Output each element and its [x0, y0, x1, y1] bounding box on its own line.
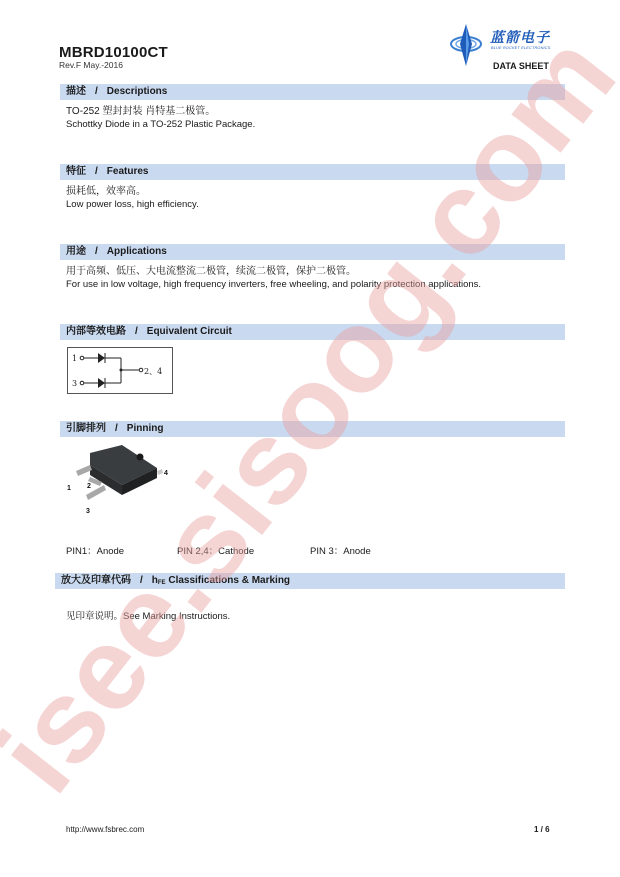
- section-separator: /: [95, 246, 98, 257]
- section-separator: /: [140, 575, 143, 586]
- section-title-cn: 内部等效电路: [66, 326, 126, 337]
- section-title-cn: 描述: [66, 86, 86, 97]
- pin3-description: PIN 3：Anode: [310, 543, 371, 557]
- pin24-description: PIN 2,4：Cathode: [177, 543, 254, 557]
- section-title-en: Features: [107, 166, 149, 177]
- circuit-common-label: 2、4: [144, 367, 162, 376]
- page-number: 1 / 6: [534, 825, 550, 834]
- section-title-cn: 放大及印章代码: [61, 575, 131, 586]
- section-title-hfe-subscript: FE: [158, 580, 166, 586]
- section-header-descriptions: 描述/Descriptions: [60, 84, 565, 100]
- circuit-pin1-label: 1: [72, 354, 77, 363]
- logo-chinese-name: 蓝箭电子: [490, 27, 550, 47]
- watermark-text: isee.sisoog.com: [0, 11, 620, 816]
- pin-label-4: 4: [164, 470, 168, 477]
- watermark-overlay: isee.sisoog.com: [0, 0, 620, 877]
- section-header-marking: 放大及印章代码/hFE Classifications & Marking: [55, 573, 565, 589]
- dual-diode-circuit-icon: 1 3 2、4: [68, 348, 172, 393]
- revision-text: Rev.F May.-2016: [59, 60, 123, 70]
- applications-text-en: For use in low voltage, high frequency i…: [66, 279, 481, 290]
- to252-package-icon: 1 2 3 4: [62, 443, 182, 518]
- section-header-pinning: 引脚排列/Pinning: [60, 421, 565, 437]
- pin1-description: PIN1：Anode: [66, 543, 124, 557]
- section-header-features: 特征/Features: [60, 164, 565, 180]
- section-header-equivalent-circuit: 内部等效电路/Equivalent Circuit: [60, 324, 565, 340]
- descriptions-text-en: Schottky Diode in a TO-252 Plastic Packa…: [66, 119, 255, 130]
- section-title-en: Classifications & Marking: [168, 575, 290, 586]
- equivalent-circuit-diagram: 1 3 2、4: [67, 347, 173, 394]
- features-text-en: Low power loss, high efficiency.: [66, 199, 199, 210]
- descriptions-text-cn: TO-252 塑封封装 肖特基二极管。: [66, 102, 215, 117]
- footer-website-link[interactable]: http://www.fsbrec.com: [66, 825, 144, 834]
- section-title-en: Descriptions: [107, 86, 168, 97]
- section-title-cn: 用途: [66, 246, 86, 257]
- section-title-cn: 特征: [66, 166, 86, 177]
- section-separator: /: [135, 326, 138, 337]
- pin-label-2: 2: [87, 483, 91, 490]
- section-title-en: Applications: [107, 246, 167, 257]
- section-separator: /: [115, 423, 118, 434]
- section-title-cn: 引脚排列: [66, 423, 106, 434]
- pin-label-1: 1: [67, 485, 71, 492]
- circuit-pin3-label: 3: [72, 379, 77, 388]
- logo-english-name: BLUE ROCKET ELECTRONICS: [491, 46, 550, 50]
- applications-text-cn: 用于高频、低压、大电流整流二极管，续流二极管，保护二极管。: [66, 262, 356, 277]
- part-number-title: MBRD10100CT: [59, 44, 168, 61]
- features-text-cn: 损耗低，效率高。: [66, 182, 146, 197]
- section-separator: /: [95, 166, 98, 177]
- section-separator: /: [95, 86, 98, 97]
- section-title-en: Pinning: [127, 423, 164, 434]
- marking-text: 见印章说明。See Marking Instructions.: [66, 608, 230, 622]
- data-sheet-label: DATA SHEET: [493, 61, 549, 71]
- section-header-applications: 用途/Applications: [60, 244, 565, 260]
- datasheet-page: MBRD10100CT Rev.F May.-2016 蓝箭电子 BLUE RO…: [0, 0, 620, 877]
- section-title-en: Equivalent Circuit: [147, 326, 232, 337]
- pin-label-3: 3: [86, 508, 90, 515]
